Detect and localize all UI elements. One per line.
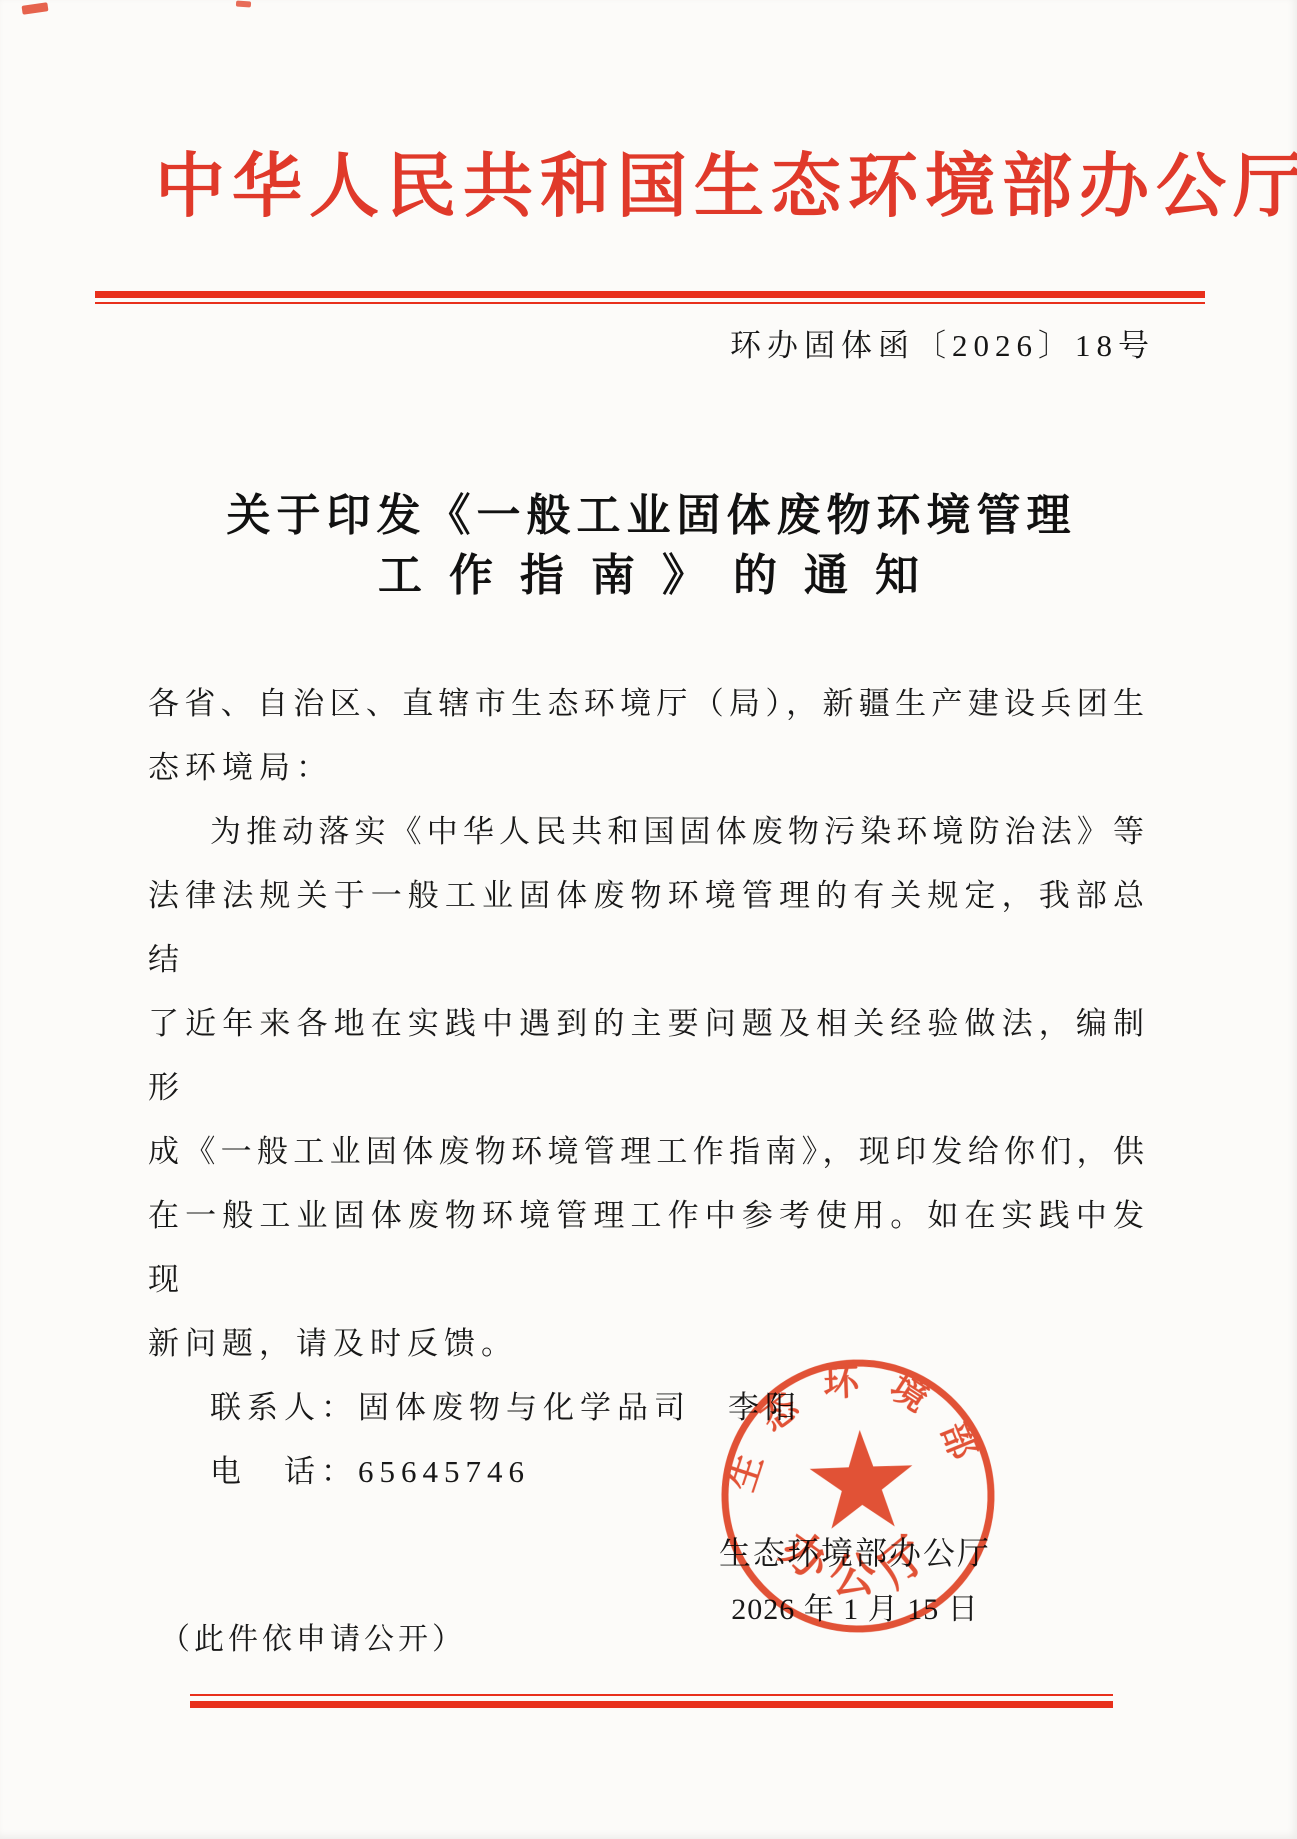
body-line: 法律法规关于一般工业固体废物环境管理的有关规定，我部总结: [148, 864, 1149, 992]
scan-artifact: [236, 0, 251, 7]
footer-divider-thin-line: [190, 1694, 1113, 1696]
body-line: 各省、自治区、直辖市生态环境厅（局），新疆生产建设兵团生: [148, 672, 1149, 736]
header-divider: [95, 291, 1205, 304]
body-line: 在一般工业固体废物环境管理工作中参考使用。如在实践中发现: [148, 1184, 1149, 1312]
document-title-line2: 工作指南》的通知: [148, 546, 1149, 606]
document-title: 关于印发《一般工业固体废物环境管理 工作指南》的通知: [148, 486, 1149, 606]
document-number: 环办固体函〔2026〕18号: [148, 326, 1155, 366]
seal-star-icon: [808, 1428, 914, 1529]
document-title-line1: 关于印发《一般工业固体废物环境管理: [148, 486, 1149, 546]
disclosure-note: （此件依申请公开）: [160, 1614, 466, 1658]
letterhead-org-title: 中华人民共和国生态环境部办公厅: [148, 140, 1149, 235]
seal-bottom-text: 办公厅: [770, 1517, 950, 1604]
footer-divider: [190, 1694, 1113, 1708]
body-line: 态环境局：: [148, 736, 1149, 800]
header-divider-thin-line: [95, 302, 1205, 304]
body-line: 了近年来各地在实践中遇到的主要问题及相关经验做法，编制形: [148, 992, 1149, 1120]
official-seal-stamp: 生态环境部 办公厅: [707, 1345, 1009, 1647]
body-line: 为推动落实《中华人民共和国固体废物污染环境防治法》等: [148, 800, 1149, 864]
scan-artifact: [22, 2, 49, 15]
body-line: 成《一般工业固体废物环境管理工作指南》，现印发给你们，供: [148, 1120, 1149, 1184]
footer-divider-thick-line: [190, 1701, 1113, 1708]
header-divider-thick-line: [95, 291, 1205, 298]
document-page: 中华人民共和国生态环境部办公厅 环办固体函〔2026〕18号 关于印发《一般工业…: [0, 0, 1297, 1839]
